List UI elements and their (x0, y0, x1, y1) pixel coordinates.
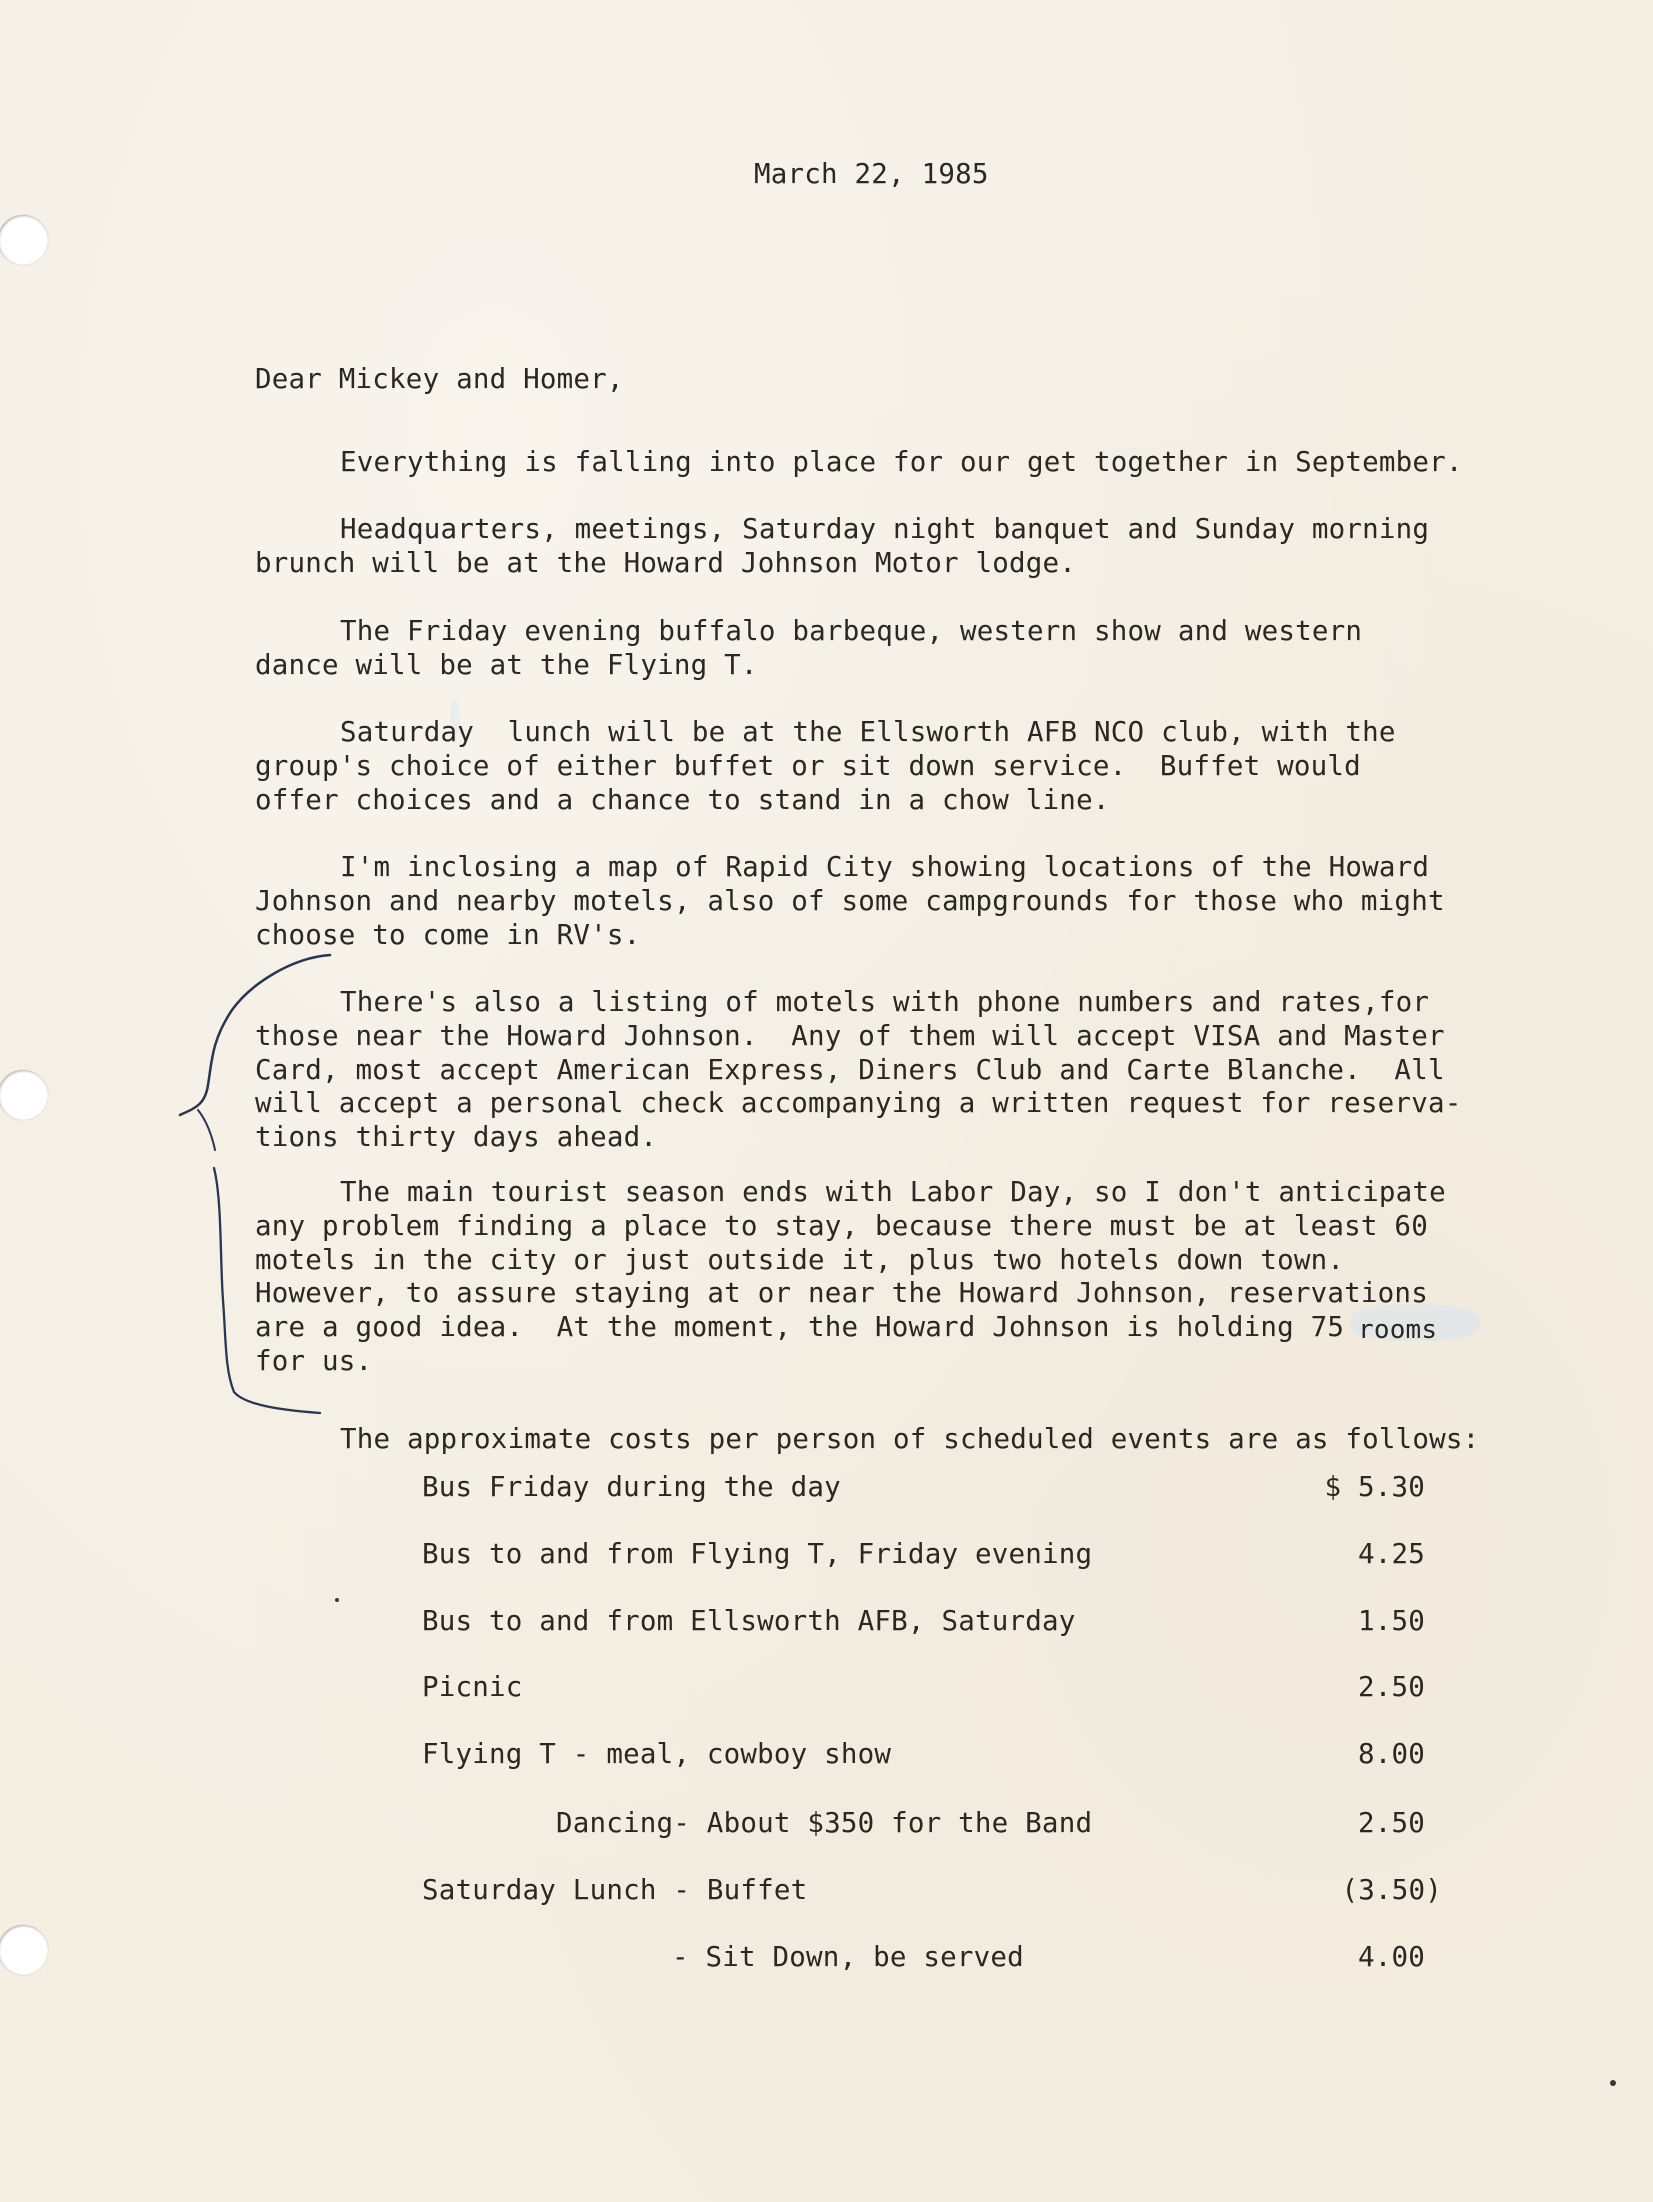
paragraph-line: motels in the city or just outside it, p… (255, 1243, 1344, 1277)
cost-item: Picnic (422, 1670, 523, 1704)
cost-item: - Sit Down, be served (672, 1940, 1024, 1974)
paragraph-line: choose to come in RV's. (255, 918, 640, 952)
paragraph-line: any problem finding a place to stay, bec… (255, 1209, 1428, 1243)
paragraph-line: I'm inclosing a map of Rapid City showin… (340, 850, 1429, 884)
paragraph-line: Saturday lunch will be at the Ellsworth … (340, 715, 1396, 749)
cost-item: Dancing- About $350 for the Band (556, 1806, 1092, 1840)
paragraph-line: The Friday evening buffalo barbeque, wes… (340, 614, 1362, 648)
letter-date: March 22, 1985 (754, 157, 989, 191)
paragraph-line: will accept a personal check accompanyin… (255, 1086, 1461, 1120)
paragraph-line: brunch will be at the Howard Johnson Mot… (255, 546, 1076, 580)
cost-amount: 4.00 (1225, 1940, 1425, 1974)
cost-item: Bus Friday during the day (422, 1470, 841, 1504)
paragraph-line: Everything is falling into place for our… (340, 445, 1463, 479)
cost-item: Flying T - meal, cowboy show (422, 1737, 891, 1771)
cost-amount: 1.50 (1225, 1604, 1425, 1638)
cost-item: Bus to and from Flying T, Friday evening (422, 1537, 1092, 1571)
paragraph-line: Card, most accept American Express, Dine… (255, 1053, 1445, 1087)
cost-amount: 2.50 (1225, 1806, 1425, 1840)
paragraph-line: Johnson and nearby motels, also of some … (255, 884, 1445, 918)
cost-item: Saturday Lunch - Buffet (422, 1873, 807, 1907)
paragraph-line: offer choices and a chance to stand in a… (255, 783, 1110, 817)
paragraph-line: group's choice of either buffet or sit d… (255, 749, 1361, 783)
cost-amount: $ 5.30 (1225, 1470, 1425, 1504)
paragraph-line: The approximate costs per person of sche… (340, 1422, 1479, 1456)
paragraph-line: tions thirty days ahead. (255, 1120, 657, 1154)
cost-item: Bus to and from Ellsworth AFB, Saturday (422, 1604, 1076, 1638)
punch-hole (0, 1070, 48, 1120)
paragraph-line: dance will be at the Flying T. (255, 648, 758, 682)
cost-amount: 2.50 (1225, 1670, 1425, 1704)
paragraph-line: are a good idea. At the moment, the Howa… (255, 1310, 1344, 1344)
cost-amount: (3.50) (1242, 1873, 1442, 1907)
paragraph-line: There's also a listing of motels with ph… (340, 985, 1429, 1019)
paragraph-line: for us. (255, 1344, 372, 1378)
salutation: Dear Mickey and Homer, (255, 362, 624, 396)
punch-hole (0, 215, 48, 265)
typed-correction: rooms (1358, 1313, 1437, 1347)
punch-hole (0, 1925, 48, 1975)
cost-amount: 8.00 (1225, 1737, 1425, 1771)
paragraph-line: However, to assure staying at or near th… (255, 1276, 1428, 1310)
paragraph-line: The main tourist season ends with Labor … (340, 1175, 1446, 1209)
paragraph-line: Headquarters, meetings, Saturday night b… (340, 512, 1429, 546)
cost-amount: 4.25 (1225, 1537, 1425, 1571)
paragraph-line: those near the Howard Johnson. Any of th… (255, 1019, 1445, 1053)
